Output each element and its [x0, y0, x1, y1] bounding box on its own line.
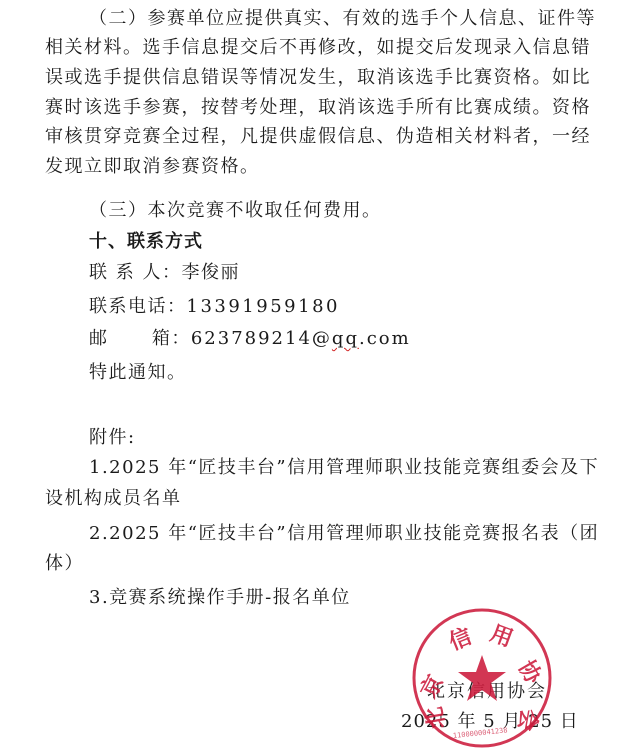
- contact-person-label: 联 系 人：: [89, 262, 181, 283]
- official-seal-stamp: 京 信 用 协 北 会 1100000041238: [411, 607, 553, 749]
- svg-text:协: 协: [513, 656, 547, 689]
- attachments-heading: 附件:: [89, 427, 136, 449]
- contact-email-domain: qq: [332, 328, 359, 349]
- paragraph-2-line-3: 误或选手提供信息错误等情况发生，取消该选手比赛资格。如比: [45, 67, 575, 89]
- svg-text:北: 北: [422, 705, 450, 731]
- paragraph-2-line-6: 发现立即取消参赛资格。: [45, 156, 260, 178]
- contact-person-value: 李俊丽: [181, 262, 240, 283]
- closing-text: 特此通知。: [89, 362, 187, 384]
- paragraph-2-line-5: 审核贯穿竞赛全过程，凡提供虚假信息、伪造相关材料者，一经: [45, 126, 575, 148]
- contact-phone: 联系电话：13391959180: [89, 296, 340, 318]
- attachment-2-line-2: 体）: [45, 553, 84, 575]
- svg-text:信: 信: [445, 623, 475, 655]
- svg-text:京: 京: [416, 671, 449, 703]
- contact-email-prefix: 623789214@: [191, 328, 332, 349]
- section-heading-contact: 十、联系方式: [89, 231, 203, 253]
- svg-text:会: 会: [513, 707, 542, 733]
- contact-email: 邮 箱：623789214@qq.com: [89, 328, 411, 350]
- contact-phone-label: 联系电话：: [89, 296, 187, 317]
- paragraph-3: （三）本次竞赛不收取任何费用。: [89, 200, 382, 222]
- paragraph-2-line-1: （二）参赛单位应提供真实、有效的选手个人信息、证件等: [89, 8, 575, 30]
- contact-person: 联 系 人：李俊丽: [89, 262, 240, 284]
- contact-email-label: 邮 箱：: [89, 328, 191, 349]
- contact-phone-value: 13391959180: [187, 296, 340, 317]
- contact-email-suffix: .com: [359, 328, 411, 349]
- svg-text:用: 用: [487, 621, 516, 652]
- paragraph-2-line-2: 相关材料。选手信息提交后不再修改，如提交后发现录入信息错: [45, 37, 575, 59]
- paragraph-2-line-4: 赛时该选手参赛，按替考处理，取消该选手所有比赛成绩。资格: [45, 97, 575, 119]
- attachment-1-line-2: 设机构成员名单: [45, 488, 182, 510]
- attachment-3: 3.竞赛系统操作手册-报名单位: [89, 587, 351, 609]
- attachment-2-line-1: 2.2025 年“匠技丰台”信用管理师职业技能竞赛报名表（团: [89, 523, 575, 545]
- attachment-1-line-1: 1.2025 年“匠技丰台”信用管理师职业技能竞赛组委会及下: [89, 457, 575, 479]
- svg-text:1100000041238: 1100000041238: [453, 726, 508, 740]
